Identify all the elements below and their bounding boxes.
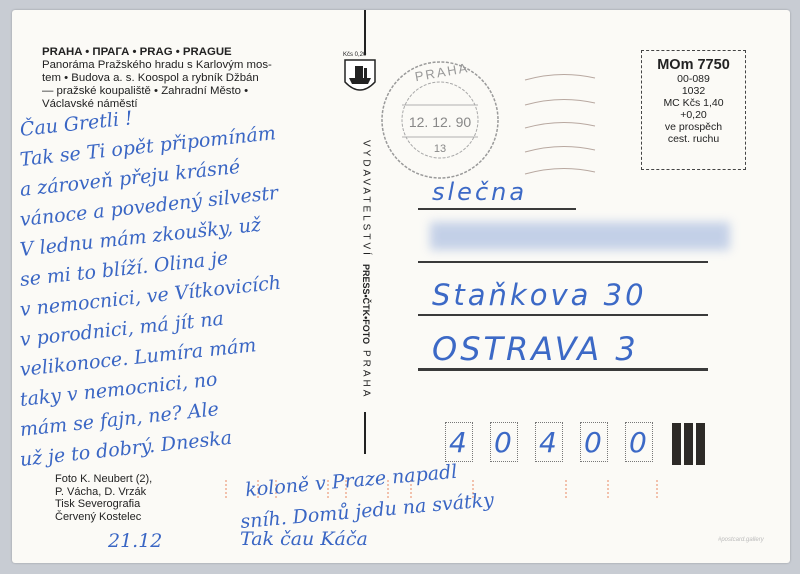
postal-code-print <box>565 480 609 498</box>
publisher-bottom: PRAHA <box>361 350 372 399</box>
credit-line: P. Vácha, D. Vrzák <box>55 486 152 499</box>
postage-line: +0,20 <box>642 109 745 121</box>
zip-code-boxes: 4 0 4 0 0 <box>445 422 653 462</box>
postage-line: 1032 <box>642 85 745 97</box>
center-divider-bottom <box>364 412 366 454</box>
address-line-3 <box>418 314 708 316</box>
photo-credits: Foto K. Neubert (2), P. Vácha, D. Vrzák … <box>55 473 152 523</box>
zip-box: 0 <box>580 422 608 462</box>
address-line-2 <box>418 261 708 263</box>
postage-line: 00-089 <box>642 73 745 85</box>
handwritten-message: Čau Gretli ! Tak se Ti opět připomínám a… <box>20 115 360 475</box>
message-date: 21.12 <box>108 530 162 552</box>
postage-code: MOm 7750 <box>642 59 745 71</box>
postmark-icon: 12. 12. 90 13 PRAHA <box>375 55 505 185</box>
publisher-top: VYDAVATELSTVÍ <box>361 140 372 258</box>
address-city: OSTRAVA 3 <box>432 330 639 368</box>
zip-box: 0 <box>625 422 653 462</box>
postal-code-print <box>656 480 660 498</box>
caption-line: Panoráma Pražského hradu s Karlovým mos- <box>42 59 302 72</box>
postage-line: cest. ruchu <box>642 133 745 145</box>
address-line-4 <box>418 368 708 371</box>
address-salutation: slečna <box>432 178 527 206</box>
zip-box: 4 <box>535 422 563 462</box>
zip-box: 4 <box>445 422 473 462</box>
caption-line: tem • Budova a. s. Koospol a rybník Džbá… <box>42 72 302 85</box>
watermark: #postcard.gallery <box>718 537 764 543</box>
credit-line: Červený Kostelec <box>55 511 152 524</box>
postage-line: MC Kčs 1,40 <box>642 97 745 109</box>
zip-box: 0 <box>490 422 518 462</box>
credit-line: Foto K. Neubert (2), <box>55 473 152 486</box>
caption-title: PRAHA • ПРАГА • PRAG • PRAGUE <box>42 46 302 59</box>
address-name-redacted <box>430 222 730 250</box>
svg-text:Kčs 0,20: Kčs 0,20 <box>343 52 367 58</box>
postage-line: ve prospěch <box>642 121 745 133</box>
postage-value-box: MOm 7750 00-089 1032 MC Kčs 1,40 +0,20 v… <box>641 50 746 170</box>
publisher-middle: PRESS•ČTK•FOTO <box>361 264 371 344</box>
svg-text:13: 13 <box>434 143 446 155</box>
cancellation-waves <box>520 60 600 180</box>
signature: Tak čau Káča <box>240 528 368 550</box>
address-line-1 <box>418 208 576 210</box>
credit-line: Tisk Severografia <box>55 498 152 511</box>
sorting-bars <box>672 423 705 465</box>
svg-text:PRAHA: PRAHA <box>414 60 471 84</box>
address-street: Staňkova 30 <box>432 278 647 312</box>
svg-text:12. 12. 90: 12. 12. 90 <box>409 114 471 130</box>
